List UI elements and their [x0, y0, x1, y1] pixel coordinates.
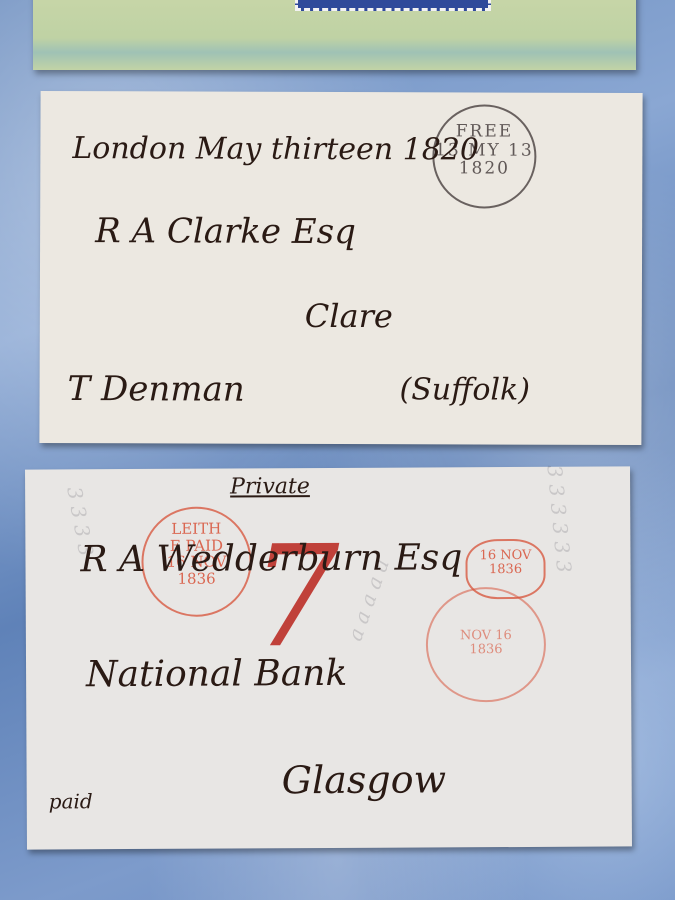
- bank: National Bank: [86, 653, 347, 695]
- frank-signature: T Denman: [68, 369, 245, 410]
- postage-stamp: [295, 0, 491, 11]
- arrival-postmark-bottom: NOV 16 1836: [426, 587, 547, 703]
- addressee: R A Wedderburn Esq: [80, 537, 462, 580]
- addressee: R A Clarke Esq: [95, 211, 356, 252]
- postmark-line: 1836: [468, 563, 544, 578]
- top-cover: [33, 0, 636, 70]
- cover-1836-leith-paid: 3 3 3 3 a a a a a 3 3 3 3 3 3 Private LE…: [25, 466, 632, 849]
- dateline: London May thirteen 1820: [72, 131, 479, 167]
- city: Glasgow: [282, 757, 447, 802]
- county: (Suffolk): [400, 372, 530, 407]
- postmark-line: 1836: [428, 643, 544, 658]
- postmark-line: LEITH: [143, 520, 249, 537]
- postmark-line: 16 NOV: [467, 549, 543, 564]
- private-note: Private: [230, 474, 310, 499]
- paid-note: paid: [49, 789, 93, 813]
- town: Clare: [305, 297, 393, 335]
- cover-1820-free-frank: FREE 13 MY 13 1820 London May thirteen 1…: [39, 91, 642, 445]
